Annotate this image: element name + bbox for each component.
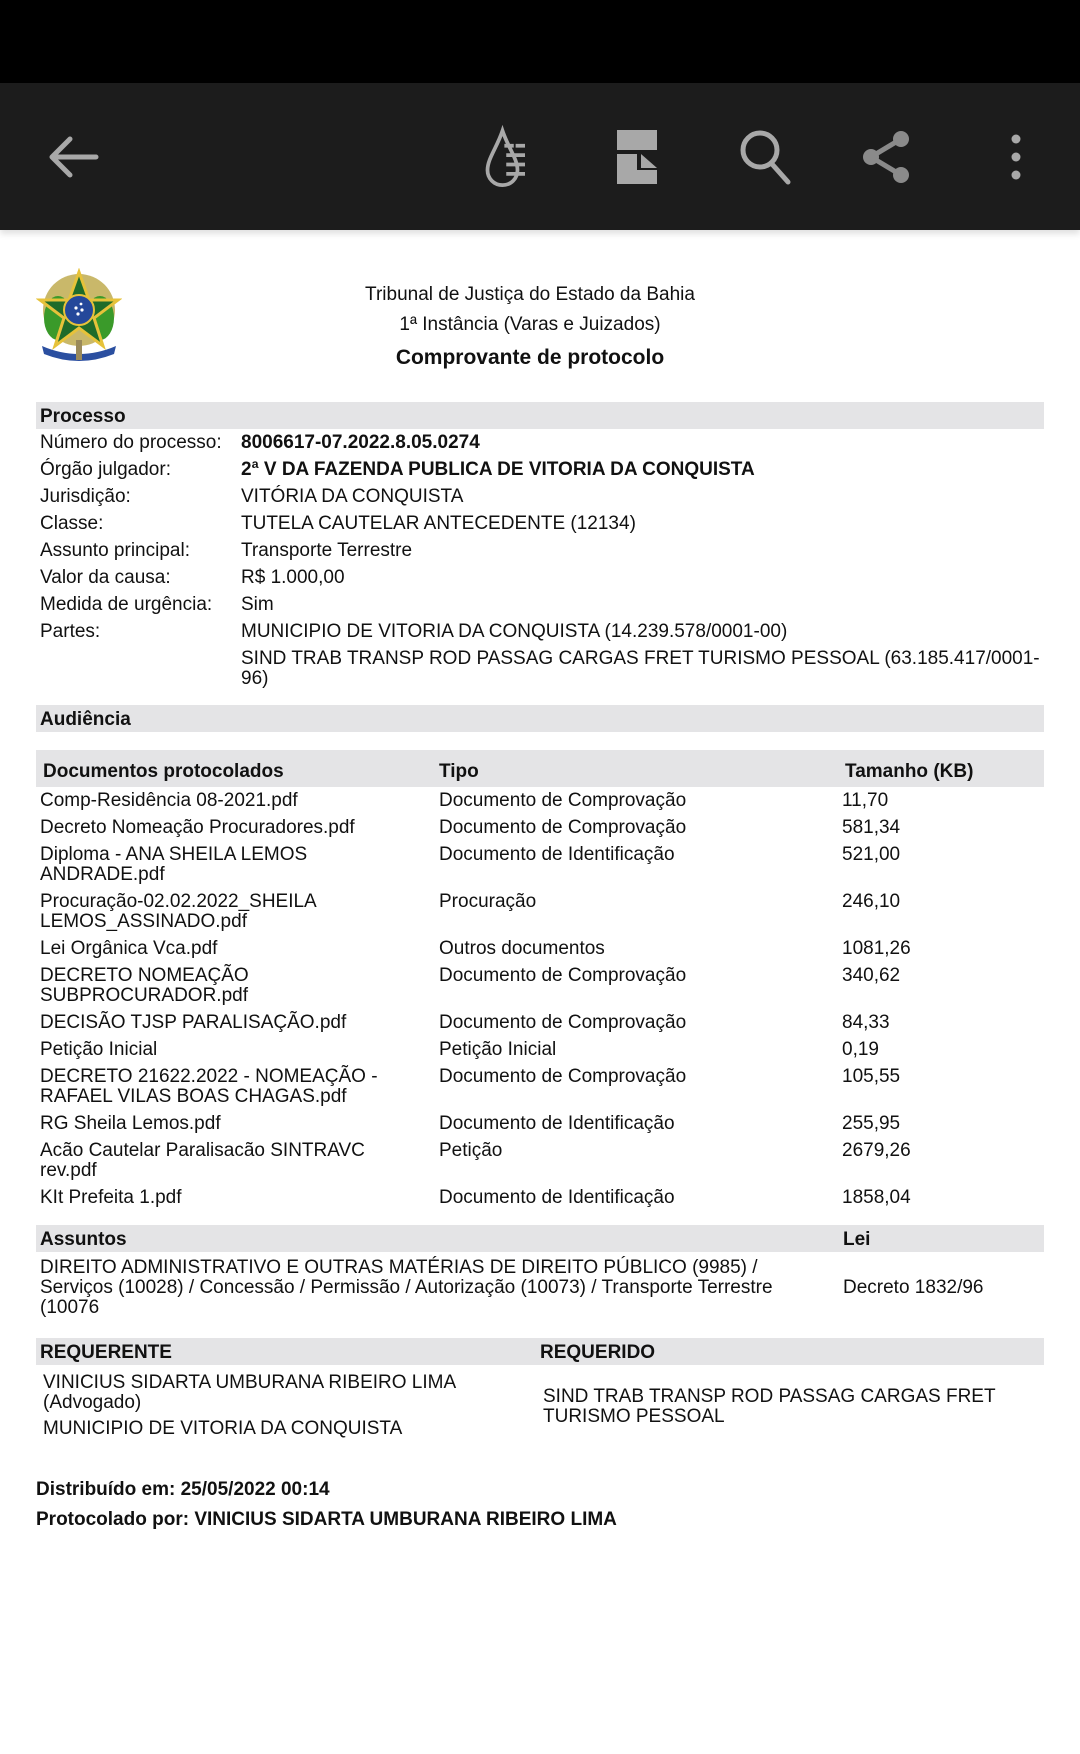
share-button[interactable] bbox=[856, 127, 916, 187]
documents-table-header: Documentos protocolados Tipo Tamanho (KB… bbox=[36, 750, 1044, 787]
distribution-date: Distribuído em: 25/05/2022 00:14 bbox=[36, 1475, 1044, 1505]
table-row: DECRETO NOMEAÇÃO SUBPROCURADOR.pdfDocume… bbox=[36, 962, 1044, 1009]
table-row: Acão Cautelar Paralisacão SINTRAVC rev.p… bbox=[36, 1137, 1044, 1184]
parte-item: MUNICIPIO DE VITORIA DA CONQUISTA (14.23… bbox=[241, 618, 1044, 645]
cell-size: 11,70 bbox=[842, 791, 1044, 811]
requerido-title: REQUERIDO bbox=[540, 1338, 655, 1365]
cell-type: Documento de Comprovação bbox=[439, 818, 842, 838]
cell-size: 2679,26 bbox=[842, 1141, 1044, 1181]
cell-name: DECRETO 21622.2022 - NOMEAÇÃO - RAFAEL V… bbox=[36, 1067, 439, 1107]
field-jurisdicao: Jurisdição:VITÓRIA DA CONQUISTA bbox=[36, 483, 1044, 510]
cell-type: Documento de Identificação bbox=[439, 1114, 842, 1134]
status-bar bbox=[0, 0, 1080, 83]
field-value: TUTELA CAUTELAR ANTECEDENTE (12134) bbox=[241, 510, 1044, 537]
cell-type: Documento de Identificação bbox=[439, 1188, 842, 1208]
cell-type: Procuração bbox=[439, 892, 842, 932]
cell-size: 246,10 bbox=[842, 892, 1044, 932]
table-row: Petição InicialPetição Inicial0,19 bbox=[36, 1036, 1044, 1063]
court-name: Tribunal de Justiça do Estado da Bahia bbox=[330, 280, 730, 310]
filed-by: Protocolado por: VINICIUS SIDARTA UMBURA… bbox=[36, 1505, 1044, 1535]
page-layout-button[interactable] bbox=[607, 127, 667, 187]
parties-row: VINICIUS SIDARTA UMBURANA RIBEIRO LIMA (… bbox=[36, 1365, 1044, 1445]
table-row: Decreto Nomeação Procuradores.pdfDocumen… bbox=[36, 814, 1044, 841]
field-value: 2ª V DA FAZENDA PUBLICA DE VITORIA DA CO… bbox=[241, 456, 1044, 483]
field-assunto-principal: Assunto principal:Transporte Terrestre bbox=[36, 537, 1044, 564]
cell-name: Diploma - ANA SHEILA LEMOS ANDRADE.pdf bbox=[36, 845, 439, 885]
more-options-button[interactable] bbox=[986, 127, 1046, 187]
cell-type: Petição bbox=[439, 1141, 842, 1181]
assuntos-row: DIREITO ADMINISTRATIVO E OUTRAS MATÉRIAS… bbox=[36, 1252, 1044, 1318]
column-header-size: Tamanho (KB) bbox=[842, 761, 1044, 783]
table-row: DECRETO 21622.2022 - NOMEAÇÃO - RAFAEL V… bbox=[36, 1063, 1044, 1110]
column-header-type: Tipo bbox=[439, 761, 842, 783]
section-audiencia-header: Audiência bbox=[36, 705, 1044, 732]
brazil-coat-of-arms-icon bbox=[36, 268, 122, 364]
field-value: VITÓRIA DA CONQUISTA bbox=[241, 483, 1044, 510]
field-numero-processo: Número do processo:8006617-07.2022.8.05.… bbox=[36, 429, 1044, 456]
cell-name: DECRETO NOMEAÇÃO SUBPROCURADOR.pdf bbox=[36, 966, 439, 1006]
cell-name: Petição Inicial bbox=[36, 1040, 439, 1060]
field-label: Jurisdição: bbox=[40, 483, 241, 510]
cell-name: RG Sheila Lemos.pdf bbox=[36, 1114, 439, 1134]
field-valor-causa: Valor da causa:R$ 1.000,00 bbox=[36, 564, 1044, 591]
court-instance: 1ª Instância (Varas e Juizados) bbox=[330, 310, 730, 340]
lei-title: Lei bbox=[843, 1225, 870, 1252]
back-button[interactable] bbox=[44, 127, 104, 187]
table-row: Comp-Residência 08-2021.pdfDocumento de … bbox=[36, 787, 1044, 814]
cell-size: 84,33 bbox=[842, 1013, 1044, 1033]
field-value: R$ 1.000,00 bbox=[241, 564, 1044, 591]
lei-value: Decreto 1832/96 bbox=[843, 1277, 1044, 1299]
page-layout-icon bbox=[615, 128, 659, 186]
protocol-document: Processo Número do processo:8006617-07.2… bbox=[36, 402, 1044, 1535]
cell-size: 255,95 bbox=[842, 1114, 1044, 1134]
cell-type: Petição Inicial bbox=[439, 1040, 842, 1060]
cell-type: Documento de Comprovação bbox=[439, 1067, 842, 1107]
cell-size: 1081,26 bbox=[842, 939, 1044, 959]
cell-name: DECISÃO TJSP PARALISAÇÃO.pdf bbox=[36, 1013, 439, 1033]
processo-fields: Número do processo:8006617-07.2022.8.05.… bbox=[36, 429, 1044, 689]
table-row: Lei Orgânica Vca.pdfOutros documentos108… bbox=[36, 935, 1044, 962]
column-header-name: Documentos protocolados bbox=[36, 761, 439, 783]
table-row: RG Sheila Lemos.pdfDocumento de Identifi… bbox=[36, 1110, 1044, 1137]
search-icon bbox=[738, 128, 794, 186]
field-label: Classe: bbox=[40, 510, 241, 537]
back-arrow-icon bbox=[48, 135, 100, 179]
document-title: Comprovante de protocolo bbox=[330, 343, 730, 373]
cell-name: Acão Cautelar Paralisacão SINTRAVC rev.p… bbox=[36, 1141, 439, 1181]
cell-type: Outros documentos bbox=[439, 939, 842, 959]
cell-name: Lei Orgânica Vca.pdf bbox=[36, 939, 439, 959]
table-row: KIt Prefeita 1.pdfDocumento de Identific… bbox=[36, 1184, 1044, 1211]
assuntos-text: DIREITO ADMINISTRATIVO E OUTRAS MATÉRIAS… bbox=[36, 1258, 843, 1318]
field-value: 8006617-07.2022.8.05.0274 bbox=[241, 429, 1044, 456]
requerente-title: REQUERENTE bbox=[36, 1338, 540, 1365]
table-row: Procuração-02.02.2022_SHEILA LEMOS_ASSIN… bbox=[36, 888, 1044, 935]
assuntos-header: Assuntos Lei bbox=[36, 1225, 1044, 1252]
share-icon bbox=[859, 129, 913, 185]
cell-name: Comp-Residência 08-2021.pdf bbox=[36, 791, 439, 811]
table-row: DECISÃO TJSP PARALISAÇÃO.pdfDocumento de… bbox=[36, 1009, 1044, 1036]
cell-size: 0,19 bbox=[842, 1040, 1044, 1060]
cell-type: Documento de Identificação bbox=[439, 845, 842, 885]
field-partes: Partes: MUNICIPIO DE VITORIA DA CONQUIST… bbox=[36, 618, 1044, 689]
field-label: Partes: bbox=[40, 618, 241, 689]
cell-size: 521,00 bbox=[842, 845, 1044, 885]
documents-table-body: Comp-Residência 08-2021.pdfDocumento de … bbox=[36, 787, 1044, 1211]
field-label: Órgão julgador: bbox=[40, 456, 241, 483]
table-row: Diploma - ANA SHEILA LEMOS ANDRADE.pdfDo… bbox=[36, 841, 1044, 888]
cell-type: Documento de Comprovação bbox=[439, 791, 842, 811]
requerido-item: SIND TRAB TRANSP ROD PASSAG CARGAS FRET … bbox=[540, 1373, 1044, 1445]
assuntos-title: Assuntos bbox=[36, 1225, 843, 1252]
field-orgao-julgador: Órgão julgador:2ª V DA FAZENDA PUBLICA D… bbox=[36, 456, 1044, 483]
cell-size: 1858,04 bbox=[842, 1188, 1044, 1208]
cell-name: Decreto Nomeação Procuradores.pdf bbox=[36, 818, 439, 838]
cell-size: 340,62 bbox=[842, 966, 1044, 1006]
field-label: Assunto principal: bbox=[40, 537, 241, 564]
ink-drop-icon bbox=[480, 125, 540, 189]
cell-type: Documento de Comprovação bbox=[439, 966, 842, 1006]
field-label: Valor da causa: bbox=[40, 564, 241, 591]
cell-size: 581,34 bbox=[842, 818, 1044, 838]
field-value: Sim bbox=[241, 591, 1044, 618]
pdf-viewer-toolbar bbox=[0, 83, 1080, 230]
more-options-icon bbox=[1009, 133, 1023, 181]
field-medida-urgencia: Medida de urgência:Sim bbox=[36, 591, 1044, 618]
parte-item: SIND TRAB TRANSP ROD PASSAG CARGAS FRET … bbox=[241, 645, 1044, 689]
field-label: Medida de urgência: bbox=[40, 591, 241, 618]
parties-header: REQUERENTE REQUERIDO bbox=[36, 1338, 1044, 1365]
requerente-item: MUNICIPIO DE VITORIA DA CONQUISTA bbox=[43, 1419, 540, 1439]
requerente-item: VINICIUS SIDARTA UMBURANA RIBEIRO LIMA (… bbox=[43, 1373, 540, 1413]
search-button[interactable] bbox=[736, 127, 796, 187]
field-value: Transporte Terrestre bbox=[241, 537, 1044, 564]
field-label: Número do processo: bbox=[40, 429, 241, 456]
cell-name: Procuração-02.02.2022_SHEILA LEMOS_ASSIN… bbox=[36, 892, 439, 932]
document-footer: Distribuído em: 25/05/2022 00:14 Protoco… bbox=[36, 1475, 1044, 1535]
field-classe: Classe:TUTELA CAUTELAR ANTECEDENTE (1213… bbox=[36, 510, 1044, 537]
cell-size: 105,55 bbox=[842, 1067, 1044, 1107]
cell-name: KIt Prefeita 1.pdf bbox=[36, 1188, 439, 1208]
document-header: Tribunal de Justiça do Estado da Bahia 1… bbox=[0, 268, 1080, 378]
cell-type: Documento de Comprovação bbox=[439, 1013, 842, 1033]
section-processo-header: Processo bbox=[36, 402, 1044, 429]
ink-drop-button[interactable] bbox=[480, 127, 540, 187]
